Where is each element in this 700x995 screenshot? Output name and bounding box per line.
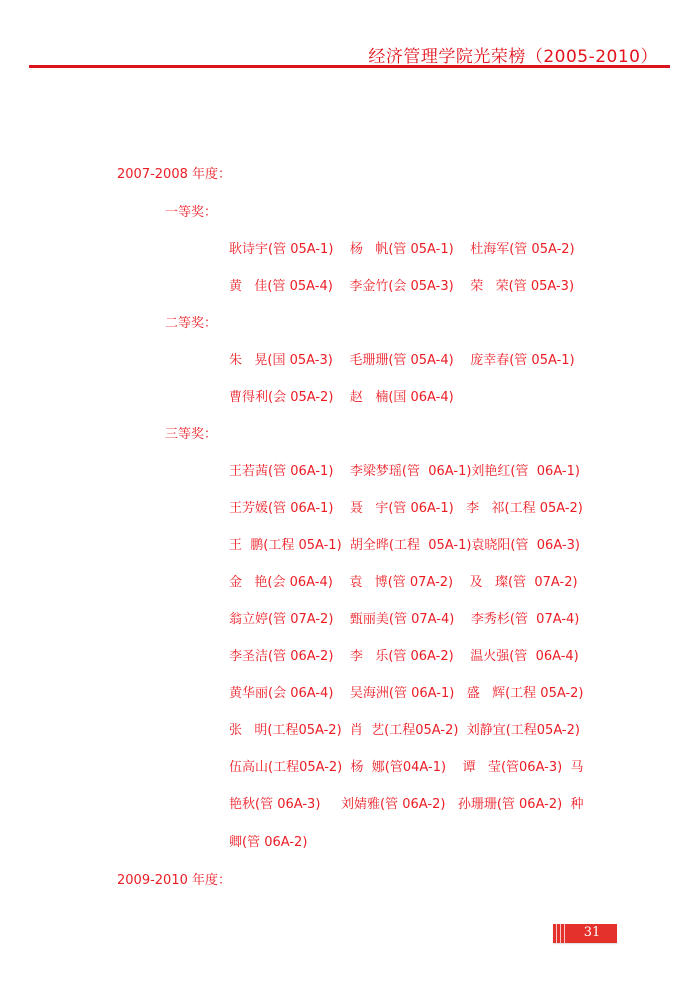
name-list-line: 卿(管 06A-2) — [229, 835, 307, 851]
name-list-line: 金 艳(会 06A-4) 袁 博(管 07A-2) 及 璨(管 07A-2) — [229, 575, 578, 591]
header-title: 经济管理学院光荣榜（2005-2010） — [368, 42, 658, 67]
header-divider — [29, 65, 670, 68]
award-heading-second-prize: 二等奖： — [165, 316, 217, 332]
page-number-badge: 31 — [553, 924, 617, 943]
badge-stripe — [564, 924, 565, 943]
name-list-line: 王 鹏(工程 05A-1) 胡全晔(工程 05A-1)袁晓阳(管 06A-3) — [229, 538, 580, 554]
award-heading-third-prize: 三等奖： — [165, 427, 217, 443]
name-list-line: 李圣洁(管 06A-2) 李 乐(管 06A-2) 温火强(管 06A-4) — [229, 649, 579, 665]
name-list-line: 耿诗宇(管 05A-1) 杨 帆(管 05A-1) 杜海军(管 05A-2) — [229, 242, 575, 258]
name-list-line: 曹得利(会 05A-2) 赵 楠(国 06A-4) — [229, 390, 454, 406]
badge-stripe — [560, 924, 561, 943]
name-list-line: 王芳媛(管 06A-1) 聂 宇(管 06A-1) 李 祁(工程 05A-2) — [229, 501, 583, 517]
name-list-line: 黄 佳(管 05A-4) 李金竹(会 05A-3) 荣 荣(管 05A-3) — [229, 279, 574, 295]
name-list-line: 王若茜(管 06A-1) 李梁梦瑶(管 06A-1)刘艳红(管 06A-1) — [229, 464, 580, 480]
badge-stripe — [556, 924, 557, 943]
year-heading-2007-2008: 2007-2008 年度： — [117, 167, 231, 183]
name-list-line: 艳秋(管 06A-3) 刘婧雅(管 06A-2) 孙珊珊(管 06A-2) 种 — [229, 797, 584, 813]
name-list-line: 黄华丽(会 06A-4) 吴海洲(管 06A-1) 盛 辉(工程 05A-2) — [229, 686, 584, 702]
year-heading-2009-2010: 2009-2010 年度： — [117, 873, 231, 889]
page-number: 31 — [567, 925, 617, 940]
name-list-line: 朱 晃(国 05A-3) 毛珊珊(管 05A-4) 庞幸春(管 05A-1) — [229, 353, 575, 369]
name-list-line: 伍高山(工程05A-2) 杨 娜(管04A-1) 谭 莹(管06A-3) 马 — [229, 760, 584, 776]
name-list-line: 翁立婷(管 07A-2) 甄丽美(管 07A-4) 李秀杉(管 07A-4) — [229, 612, 579, 628]
name-list-line: 张 明(工程05A-2) 肖 艺(工程05A-2) 刘静宜(工程05A-2) — [229, 723, 580, 739]
award-heading-first-prize: 一等奖： — [165, 205, 217, 221]
